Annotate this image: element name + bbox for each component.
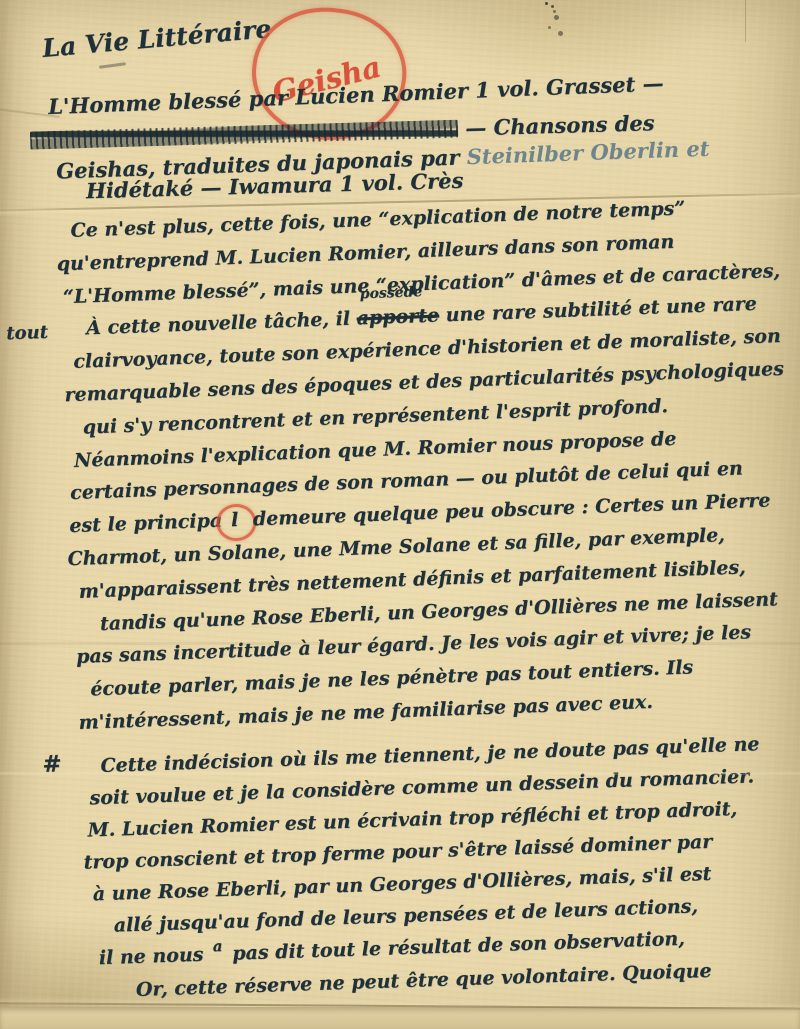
struck-word: apporte <box>356 305 439 330</box>
margin-inserted-word: tout <box>6 317 49 351</box>
body-paragraph-1: Ce n'est plus, cette fois, une “explicat… <box>40 189 800 741</box>
interlinear-correction-word: possède <box>360 285 423 301</box>
bibliography-line-2-text: — Chansons des <box>465 110 655 140</box>
paper-fold-line <box>0 642 800 645</box>
correction-group: apportepossède <box>356 300 440 336</box>
paper-fold-line <box>0 772 800 775</box>
insertion-hash-mark: # <box>42 748 62 781</box>
pencil-dash <box>99 62 126 69</box>
caret-inserted-letter: a <box>209 937 225 956</box>
ink-specks <box>545 2 548 5</box>
paper-edge-line <box>745 0 746 42</box>
bibliography-line-3b-faded: Steinilber Oberlin et <box>466 136 710 169</box>
text-before-correction: À cette nouvelle tâche, il <box>86 308 357 340</box>
backing-paper-strip <box>0 1007 800 1029</box>
text-before-circle: est le principa <box>69 510 223 538</box>
struck-illegible-text <box>30 120 458 150</box>
text-before-insertion: il ne nous <box>99 943 211 969</box>
page-title: La Vie Littéraire <box>41 14 272 63</box>
body-paragraph-2: #Cette indécision où ils me tiennent, je… <box>40 727 793 1009</box>
manuscript-page: La Vie Littéraire Geisha L'Homme blessé … <box>0 0 800 1029</box>
